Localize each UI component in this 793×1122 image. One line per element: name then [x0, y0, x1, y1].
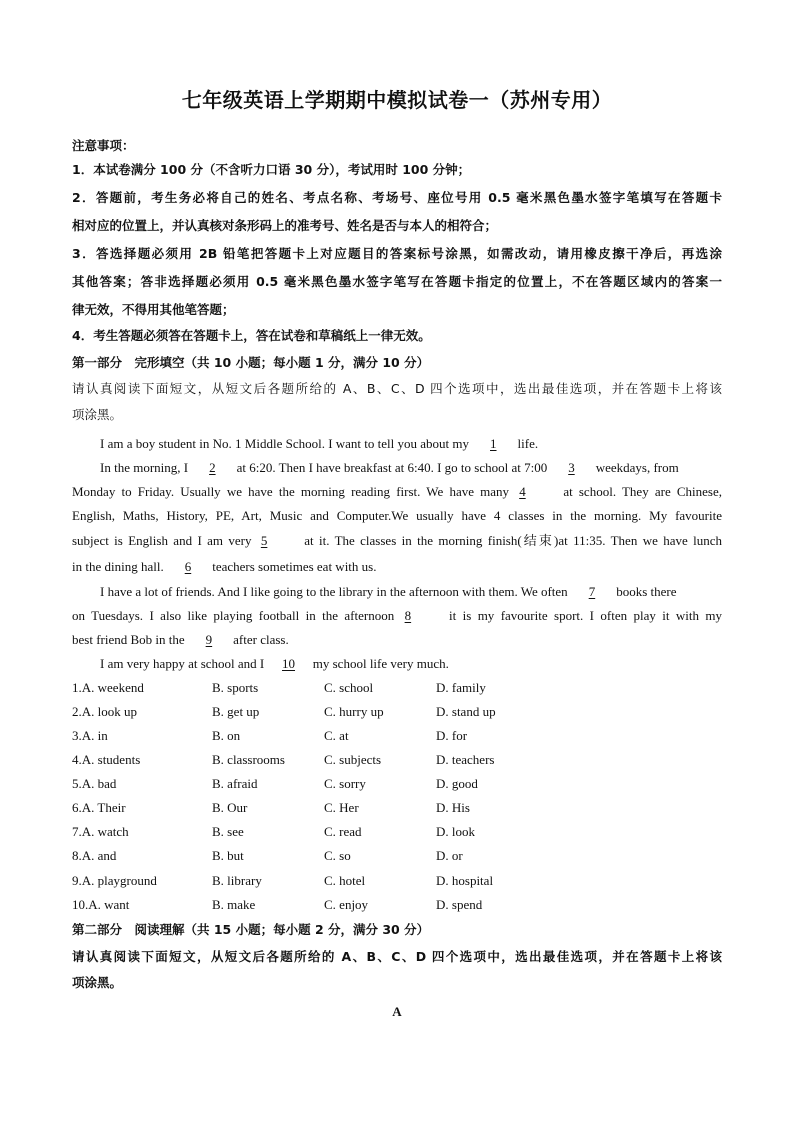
- option-b: B. get up: [212, 704, 259, 720]
- option-c: C. so: [324, 848, 351, 864]
- part2-instruction: 项涂黑。: [72, 975, 722, 991]
- option-b: B. sports: [212, 680, 258, 696]
- option-a: 10.A. want: [72, 897, 129, 913]
- option-d: D. spend: [436, 897, 482, 913]
- notice-item: 2．答题前，考生务必将自己的姓名、考点名称、考场号、座位号用 0.5 毫米黑色墨…: [72, 190, 722, 206]
- option-b: B. see: [212, 824, 244, 840]
- blank-10: 10: [272, 656, 306, 672]
- option-d: D. good: [436, 776, 478, 792]
- passage-text: I have a lot of friends. And I like goin…: [100, 584, 568, 599]
- passage-text: weekdays, from: [596, 460, 679, 475]
- passage-line: In the morning, I 2 at 6:20. Then I have…: [72, 460, 722, 476]
- passage-line: I am very happy at school and I 10 my sc…: [72, 656, 722, 672]
- blank-6: 6: [171, 559, 205, 575]
- passage-text: teachers sometimes eat with us.: [212, 559, 376, 574]
- passage-text: my school life very much.: [313, 656, 449, 671]
- option-c: C. Her: [324, 800, 359, 816]
- passage-text: Monday to Friday. Usually we have the mo…: [72, 484, 509, 499]
- option-c: C. sorry: [324, 776, 366, 792]
- option-d: D. for: [436, 728, 467, 744]
- passage-line: Monday to Friday. Usually we have the mo…: [72, 484, 722, 500]
- option-d: D. or: [436, 848, 463, 864]
- passage-line: English, Maths, History, PE, Art, Music …: [72, 508, 722, 524]
- section-label: A: [72, 1004, 722, 1020]
- passage-line: in the dining hall. 6 teachers sometimes…: [72, 559, 722, 575]
- passage-text: subject is English and I am very: [72, 533, 251, 548]
- part2-instruction: 请认真阅读下面短文，从短文后各题所给的 A、B、C、D 四个选项中，选出最佳选项…: [72, 949, 722, 965]
- notice-item: 律无效，不得用其他笔答题；: [72, 302, 722, 318]
- option-b: B. Our: [212, 800, 247, 816]
- passage-text: I am very happy at school and I: [100, 656, 264, 671]
- option-a: 6.A. Their: [72, 800, 126, 816]
- option-d: D. hospital: [436, 873, 493, 889]
- option-d: D. His: [436, 800, 470, 816]
- passage-line: I have a lot of friends. And I like goin…: [72, 584, 722, 600]
- blank-3: 3: [554, 460, 588, 476]
- passage-line: on Tuesdays. I also like playing footbal…: [72, 608, 722, 624]
- option-c: C. subjects: [324, 752, 381, 768]
- notice-item: 1．本试卷满分 100 分（不含听力口语 30 分），考试用时 100 分钟；: [72, 162, 722, 178]
- blank-8: 8: [405, 608, 439, 624]
- option-c: C. at: [324, 728, 349, 744]
- passage-text: books there: [616, 584, 676, 599]
- passage-text: In the morning, I: [100, 460, 188, 475]
- page-title: 七年级英语上学期期中模拟试卷一（苏州专用）: [72, 84, 722, 113]
- passage-text: at school. They are Chinese,: [563, 484, 722, 499]
- option-b: B. but: [212, 848, 244, 864]
- option-c: C. hurry up: [324, 704, 384, 720]
- passage-line: subject is English and I am very 5 at it…: [72, 533, 722, 549]
- option-a: 8.A. and: [72, 848, 116, 864]
- option-b: B. make: [212, 897, 255, 913]
- passage-line: I am a boy student in No. 1 Middle Schoo…: [72, 436, 722, 452]
- option-b: B. afraid: [212, 776, 257, 792]
- part2-heading: 第二部分 阅读理解（共 15 小题；每小题 2 分，满分 30 分）: [72, 922, 722, 938]
- passage-text: it is my favourite sport. I often play i…: [449, 608, 722, 623]
- option-c: C. school: [324, 680, 373, 696]
- blank-7: 7: [575, 584, 609, 600]
- blank-4: 4: [519, 484, 553, 500]
- notice-item: 3．答选择题必须用 2B 铅笔把答题卡上对应题目的答案标号涂黑，如需改动，请用橡…: [72, 246, 722, 262]
- option-b: B. classrooms: [212, 752, 285, 768]
- passage-text: at 6:20. Then I have breakfast at 6:40. …: [237, 460, 548, 475]
- option-a: 1.A. weekend: [72, 680, 144, 696]
- part1-instruction: 项涂黑。: [72, 407, 722, 423]
- passage-text: at it. The classes in the morning finish…: [304, 533, 722, 548]
- notice-heading: 注意事项：: [72, 138, 722, 154]
- blank-5: 5: [261, 533, 295, 549]
- option-c: C. enjoy: [324, 897, 368, 913]
- blank-1: 1: [476, 436, 510, 452]
- option-a: 7.A. watch: [72, 824, 129, 840]
- passage-text: best friend Bob in the: [72, 632, 185, 647]
- blank-2: 2: [195, 460, 229, 476]
- notice-item: 4．考生答题必须答在答题卡上，答在试卷和草稿纸上一律无效。: [72, 328, 722, 344]
- passage-text: I am a boy student in No. 1 Middle Schoo…: [100, 436, 469, 451]
- option-a: 5.A. bad: [72, 776, 116, 792]
- option-d: D. look: [436, 824, 475, 840]
- part1-instruction: 请认真阅读下面短文，从短文后各题所给的 A、B、C、D 四个选项中，选出最佳选项…: [72, 381, 722, 397]
- option-d: D. family: [436, 680, 486, 696]
- blank-9: 9: [192, 632, 226, 648]
- option-a: 3.A. in: [72, 728, 108, 744]
- option-d: D. teachers: [436, 752, 494, 768]
- passage-text: after class.: [233, 632, 289, 647]
- passage-text: life.: [518, 436, 539, 451]
- part1-heading: 第一部分 完形填空（共 10 小题；每小题 1 分，满分 10 分）: [72, 355, 722, 371]
- option-c: C. read: [324, 824, 362, 840]
- passage-line: best friend Bob in the 9 after class.: [72, 632, 722, 648]
- notice-item: 相对应的位置上，并认真核对条形码上的准考号、姓名是否与本人的相符合；: [72, 218, 722, 234]
- passage-text: in the dining hall.: [72, 559, 164, 574]
- option-b: B. library: [212, 873, 262, 889]
- option-a: 4.A. students: [72, 752, 140, 768]
- option-a: 9.A. playground: [72, 873, 157, 889]
- notice-item: 其他答案；答非选择题必须用 0.5 毫米黑色墨水签字笔写在答题卡指定的位置上，不…: [72, 274, 722, 290]
- option-d: D. stand up: [436, 704, 496, 720]
- passage-text: on Tuesdays. I also like playing footbal…: [72, 608, 394, 623]
- option-b: B. on: [212, 728, 240, 744]
- option-a: 2.A. look up: [72, 704, 137, 720]
- option-c: C. hotel: [324, 873, 365, 889]
